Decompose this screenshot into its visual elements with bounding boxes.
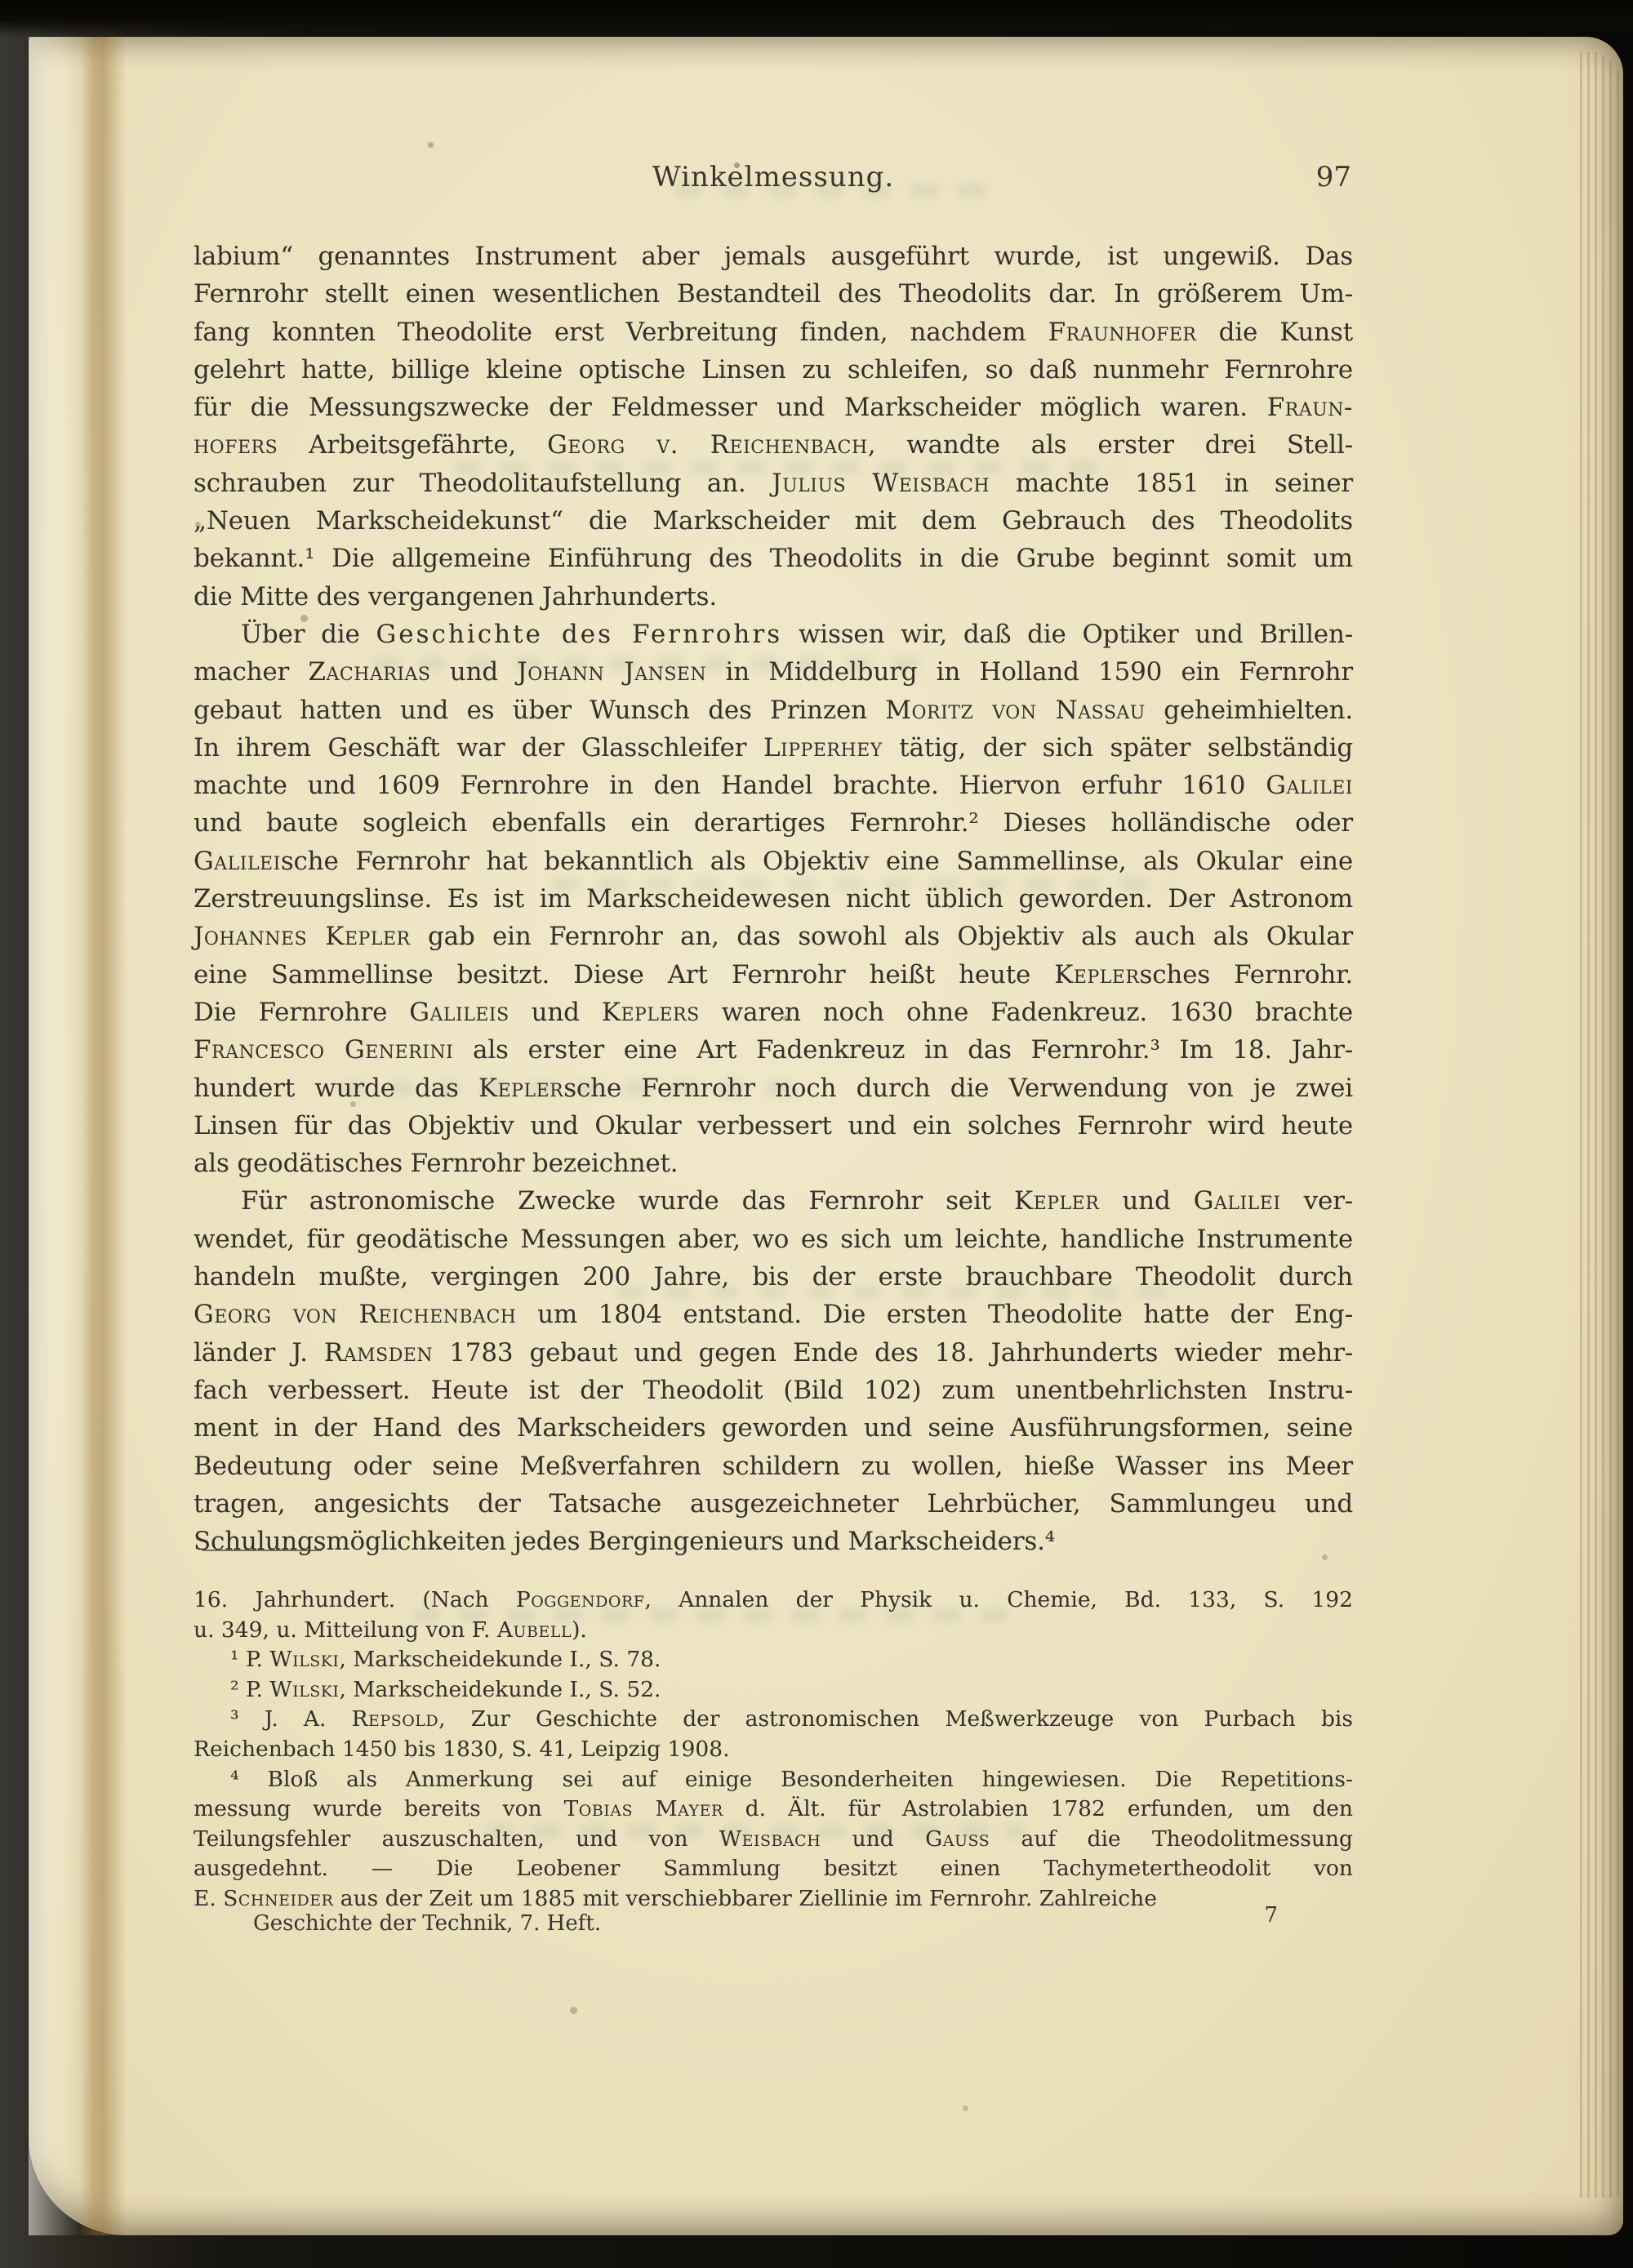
small-caps-name: Gauss bbox=[925, 1826, 990, 1852]
page-number: 97 bbox=[1316, 161, 1351, 193]
small-caps-name: Fraunhofer bbox=[1048, 318, 1197, 347]
small-caps-name: Francesco Generini bbox=[194, 1035, 453, 1065]
small-caps-name: Kepler bbox=[1054, 960, 1139, 989]
small-caps-name: Kepler bbox=[1014, 1186, 1099, 1216]
text-line: ² P. Wilski, Markscheidekunde I., S. 52. bbox=[194, 1675, 1353, 1705]
scan-background-top-band bbox=[0, 0, 1633, 38]
text-line: ¹ P. Wilski, Markscheidekunde I., S. 78. bbox=[194, 1645, 1353, 1675]
text-line: Linsen für das Objektiv und Okular verbe… bbox=[194, 1107, 1353, 1145]
text-line: fach verbessert. Heute ist der Theodolit… bbox=[194, 1372, 1353, 1409]
text-line: wendet, für geodätische Messungen aber, … bbox=[194, 1221, 1353, 1258]
small-caps-name: Keplers bbox=[602, 998, 700, 1027]
text-line: hundert wurde das Keplersche Fernrohr no… bbox=[194, 1070, 1353, 1107]
text-line: Die Fernrohre Galileis und Keplers waren… bbox=[194, 994, 1353, 1031]
small-caps-name: Moritz von Nassau bbox=[885, 696, 1146, 725]
text-line: bekannt.¹ Die allgemeine Einführung des … bbox=[194, 540, 1353, 577]
text-line: machte und 1609 Fernrohre in den Handel … bbox=[194, 767, 1353, 804]
small-caps-name: Fraun- bbox=[1267, 393, 1353, 422]
text-line: Fernrohr stellt einen wesentlichen Besta… bbox=[194, 275, 1353, 313]
small-caps-name: Julius Weisbach bbox=[772, 469, 990, 498]
text-line: Galileische Fernrohr hat bekanntlich als… bbox=[194, 843, 1353, 880]
small-caps-name: Johannes Kepler bbox=[194, 922, 411, 951]
text-line: länder J. Ramsden 1783 gebaut und gegen … bbox=[194, 1334, 1353, 1372]
text-line: Über die Geschichte des Fernrohrs wissen… bbox=[194, 616, 1353, 653]
text-line: für die Messungszwecke der Feldmesser un… bbox=[194, 389, 1353, 426]
text-line: Zerstreuungslinse. Es ist im Markscheide… bbox=[194, 880, 1353, 918]
text-line: Für astronomische Zwecke wurde das Fernr… bbox=[194, 1182, 1353, 1220]
small-caps-name: Kepler bbox=[478, 1074, 563, 1103]
running-head: Winkelmessung. 97 bbox=[194, 161, 1353, 197]
page-footer: Geschichte der Technik, 7. Heft. 7 bbox=[194, 1911, 1353, 1944]
small-caps-name: Ramsden bbox=[324, 1338, 433, 1367]
text-line: und baute sogleich ebenfalls ein derarti… bbox=[194, 804, 1353, 842]
text-line: handeln mußte, vergingen 200 Jahre, bis … bbox=[194, 1258, 1353, 1296]
small-caps-name: Johann Jansen bbox=[517, 657, 706, 687]
page-title: Winkelmessung. bbox=[194, 161, 1353, 193]
text-line: ³ J. A. Repsold, Zur Geschichte der astr… bbox=[194, 1705, 1353, 1735]
text-line: macher Zacharias und Johann Jansen in Mi… bbox=[194, 653, 1353, 691]
text-line: Reichenbach 1450 bis 1830, S. 41, Leipzi… bbox=[194, 1735, 1353, 1765]
body-text: labium“ genanntes Instrument aber jemals… bbox=[194, 238, 1353, 1560]
small-caps-name: Galilei bbox=[1266, 771, 1353, 800]
text-line: schrauben zur Theodolitaufstellung an. J… bbox=[194, 465, 1353, 502]
small-caps-name: Aubell bbox=[497, 1617, 572, 1643]
small-caps-name: Lipperhey bbox=[763, 733, 883, 763]
small-caps-name: Galilei bbox=[1194, 1186, 1281, 1216]
small-caps-name: Weisbach bbox=[719, 1826, 821, 1852]
text-line: Georg von Reichenbach um 1804 entstand. … bbox=[194, 1296, 1353, 1333]
sheet-number: 7 bbox=[1264, 1903, 1278, 1928]
small-caps-name: Georg v. Reichenbach bbox=[547, 430, 868, 460]
text-line: Johannes Kepler gab ein Fernrohr an, das… bbox=[194, 918, 1353, 955]
small-caps-name: Georg von Reichenbach bbox=[194, 1300, 516, 1329]
small-caps-name: Galileis bbox=[409, 998, 509, 1027]
book-signature: Geschichte der Technik, 7. Heft. bbox=[253, 1911, 601, 1936]
text-line: ment in der Hand des Markscheiders gewor… bbox=[194, 1409, 1353, 1447]
text-line: die Mitte des vergangenen Jahrhunderts. bbox=[194, 578, 1353, 616]
small-caps-name: Galilei bbox=[194, 847, 281, 876]
text-line: Francesco Generini als erster eine Art F… bbox=[194, 1031, 1353, 1069]
text-line: eine Sammellinse besitzt. Diese Art Fern… bbox=[194, 956, 1353, 994]
small-caps-name: Zacharias bbox=[308, 657, 430, 687]
footnotes: 16. Jahrhundert. (Nach Poggendorf, Annal… bbox=[194, 1585, 1353, 1914]
small-caps-name: hofers bbox=[194, 430, 278, 460]
small-caps-name: Wilski bbox=[269, 1677, 339, 1702]
text-line: Schulungsmöglichkeiten jedes Bergingenie… bbox=[194, 1523, 1353, 1560]
text-line: fang konnten Theodolite erst Verbreitung… bbox=[194, 314, 1353, 351]
text-line: „Neuen Markscheidekunst“ die Markscheide… bbox=[194, 502, 1353, 540]
text-line: als geodätisches Fernrohr bezeichnet. bbox=[194, 1145, 1353, 1182]
text-line: labium“ genanntes Instrument aber jemals… bbox=[194, 238, 1353, 275]
text-line: u. 349, u. Mitteilung von F. Aubell). bbox=[194, 1616, 1353, 1646]
page-edge-stack bbox=[1575, 51, 1621, 2198]
text-line: Teilungsfehler auszuschalten, und von We… bbox=[194, 1825, 1353, 1855]
small-caps-name: Schneider bbox=[223, 1886, 333, 1911]
small-caps-name: Wilski bbox=[269, 1647, 339, 1672]
text-line: tragen, angesichts der Tatsache ausgezei… bbox=[194, 1485, 1353, 1523]
text-line: 16. Jahrhundert. (Nach Poggendorf, Annal… bbox=[194, 1585, 1353, 1616]
small-caps-name: Poggendorf bbox=[516, 1587, 645, 1612]
small-caps-name: Repsold bbox=[352, 1706, 439, 1732]
letterspaced-emphasis: Geschichte des Fernrohrs bbox=[376, 620, 782, 649]
text-line: messung wurde bereits von Tobias Mayer d… bbox=[194, 1794, 1353, 1825]
text-line: hofers Arbeitsgefährte, Georg v. Reichen… bbox=[194, 426, 1353, 464]
text-line: E. Schneider aus der Zeit um 1885 mit ve… bbox=[194, 1884, 1353, 1914]
text-line: In ihrem Geschäft war der Glasschleifer … bbox=[194, 729, 1353, 767]
text-line: ⁴ Bloß als Anmerkung sei auf einige Beso… bbox=[194, 1765, 1353, 1795]
text-line: ausgedehnt. — Die Leobener Sammlung besi… bbox=[194, 1854, 1353, 1884]
footnote-rule bbox=[202, 1550, 322, 1551]
text-line: gelehrt hatte, billige kleine optische L… bbox=[194, 351, 1353, 389]
gutter-fold bbox=[29, 37, 127, 2235]
small-caps-name: Tobias Mayer bbox=[564, 1796, 723, 1821]
text-line: gebaut hatten und es über Wunsch des Pri… bbox=[194, 692, 1353, 729]
text-line: Bedeutung oder seine Meßverfahren schild… bbox=[194, 1448, 1353, 1485]
book-page: Winkelmessung. 97 labium“ genanntes Inst… bbox=[29, 37, 1623, 2235]
